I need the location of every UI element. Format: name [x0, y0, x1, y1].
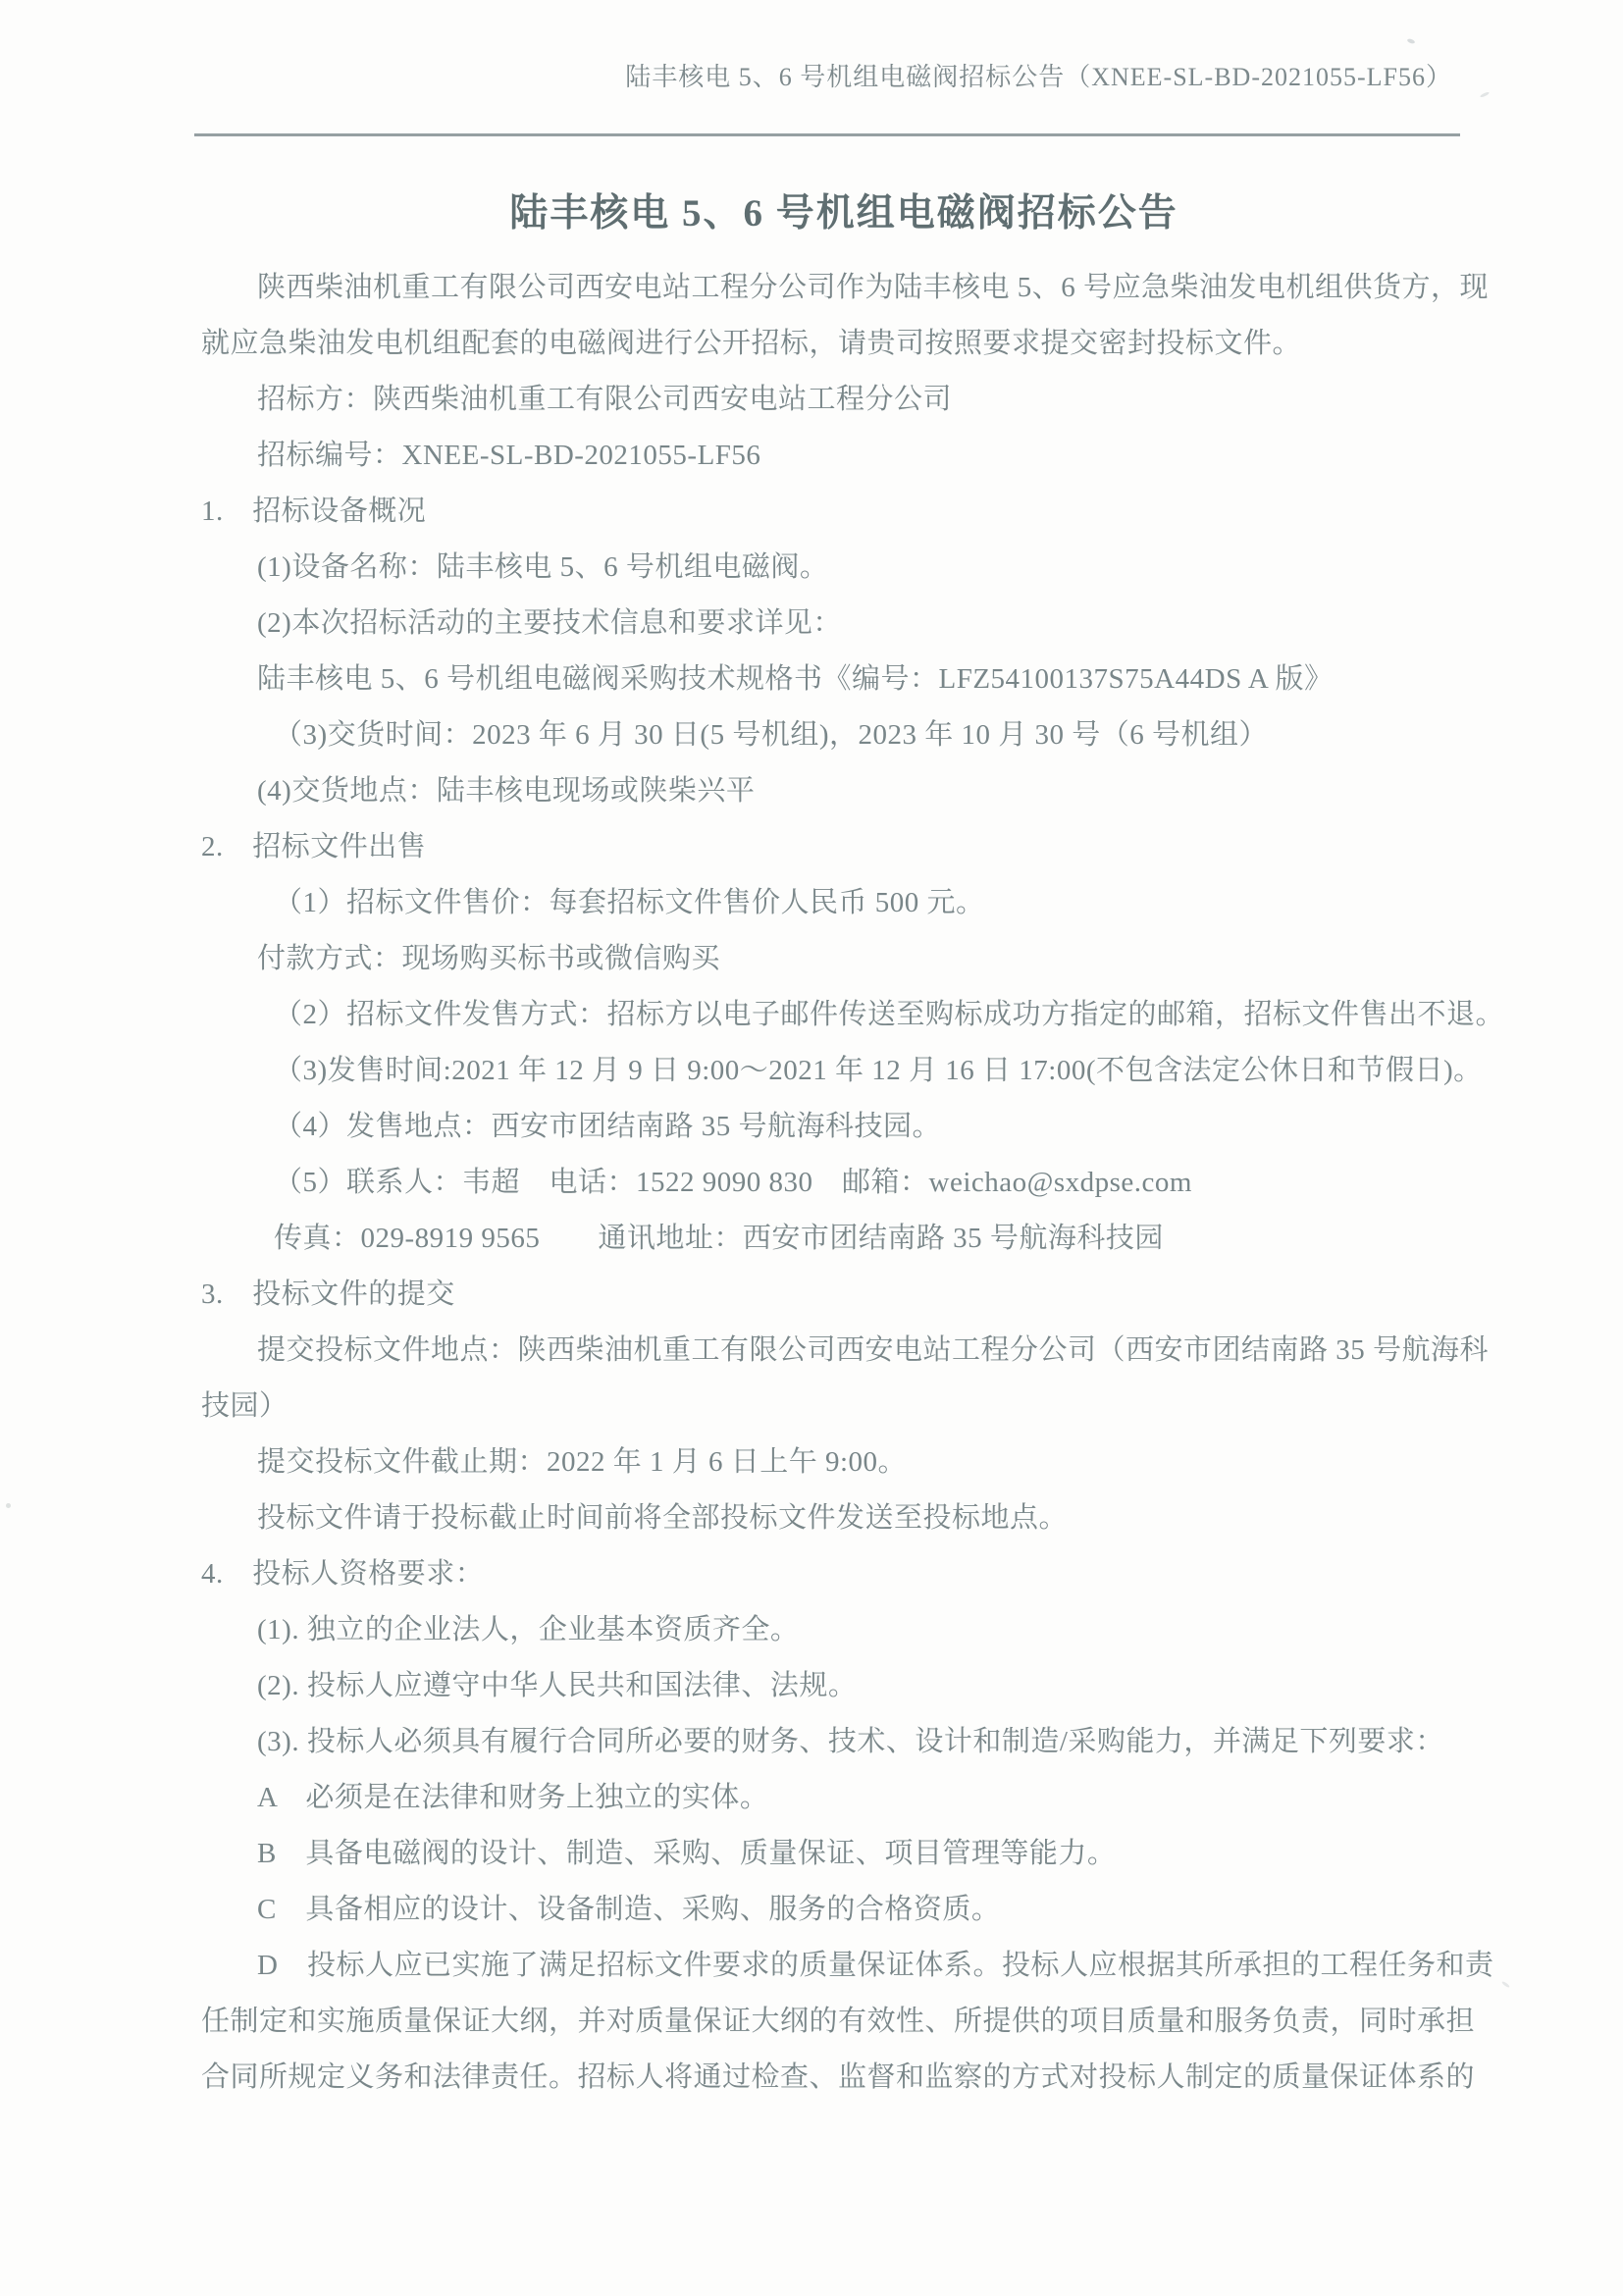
paragraph-line: (4)交货地点：陆丰核电现场或陕柴兴平: [257, 763, 1492, 819]
paragraph-line: （1）招标文件售价：每套招标文件售价人民币 500 元。: [274, 875, 1492, 931]
paragraph-line: 任制定和实施质量保证大纲，并对质量保证大纲的有效性、所提供的项目质量和服务负责，…: [201, 1994, 1492, 2050]
paragraph-line: 合同所规定义务和法律责任。招标人将通过检查、监督和监察的方式对投标人制定的质量保…: [201, 2050, 1492, 2106]
list-item: A 必须是在法律和财务上独立的实体。: [257, 1770, 1492, 1826]
paragraph-line: 招标方：陕西柴油机重工有限公司西安电站工程分公司: [257, 372, 1492, 428]
header-divider-rule: [194, 133, 1460, 136]
page-title: 陆丰核电 5、6 号机组电磁阀招标公告: [201, 183, 1487, 237]
paragraph-line: 提交投标文件地点：陕西柴油机重工有限公司西安电站工程分公司（西安市团结南路 35…: [257, 1323, 1492, 1379]
scan-artifact: [1501, 1981, 1510, 1989]
paragraph-line: （3)发售时间:2021 年 12 月 9 日 9:00～2021 年 12 月…: [274, 1043, 1492, 1099]
document-body: 陕西柴油机重工有限公司西安电站工程分公司作为陆丰核电 5、6 号应急柴油发电机组…: [201, 260, 1492, 2106]
scan-artifact: [1480, 91, 1490, 98]
paragraph-line: (1)设备名称：陆丰核电 5、6 号机组电磁阀。: [257, 540, 1492, 596]
list-item: (1). 独立的企业法人，企业基本资质齐全。: [257, 1602, 1492, 1658]
paragraph-line: （4）发售地点：西安市团结南路 35 号航海科技园。: [274, 1099, 1492, 1155]
section-heading: 1. 招标设备概况: [201, 484, 1492, 540]
paragraph-line: (2)本次招标活动的主要技术信息和要求详见：: [257, 596, 1492, 652]
paragraph-line: 招标编号：XNEE-SL-BD-2021055-LF56: [257, 428, 1492, 484]
paragraph-line: （3)交货时间：2023 年 6 月 30 日(5 号机组)，2023 年 10…: [274, 707, 1492, 763]
paragraph-line: 付款方式：现场购买标书或微信购买: [257, 931, 1492, 987]
contact-line: 传真：029-8919 9565 通讯地址：西安市团结南路 35 号航海科技园: [274, 1211, 1492, 1267]
list-item: B 具备电磁阀的设计、制造、采购、质量保证、项目管理等能力。: [257, 1826, 1492, 1882]
paragraph-line: 就应急柴油发电机组配套的电磁阀进行公开招标，请贵司按照要求提交密封投标文件。: [201, 316, 1492, 372]
scan-artifact: [1407, 38, 1416, 44]
scan-artifact: [6, 1503, 11, 1508]
paragraph-line: 技园）: [201, 1379, 1492, 1435]
list-item: (2). 投标人应遵守中华人民共和国法律、法规。: [257, 1658, 1492, 1714]
section-heading: 2. 招标文件出售: [201, 819, 1492, 875]
paragraph-line: 投标文件请于投标截止时间前将全部投标文件发送至投标地点。: [257, 1490, 1492, 1546]
contact-line: （5）联系人：韦超 电话：1522 9090 830 邮箱：weichao@sx…: [274, 1155, 1492, 1211]
running-header: 陆丰核电 5、6 号机组电磁阀招标公告（XNEE-SL-BD-2021055-L…: [201, 57, 1452, 93]
paragraph-line: 提交投标文件截止期：2022 年 1 月 6 日上午 9:00。: [257, 1435, 1492, 1490]
list-item: (3). 投标人必须具有履行合同所必要的财务、技术、设计和制造/采购能力，并满足…: [257, 1714, 1492, 1770]
paragraph-line: （2）招标文件发售方式：招标方以电子邮件传送至购标成功方指定的邮箱，招标文件售出…: [274, 987, 1492, 1043]
scanned-document-page: 陆丰核电 5、6 号机组电磁阀招标公告（XNEE-SL-BD-2021055-L…: [0, 0, 1623, 2296]
paragraph-line: 陆丰核电 5、6 号机组电磁阀采购技术规格书《编号：LFZ54100137S75…: [257, 652, 1492, 707]
list-item: C 具备相应的设计、设备制造、采购、服务的合格资质。: [257, 1882, 1492, 1938]
list-item: D 投标人应已实施了满足招标文件要求的质量保证体系。投标人应根据其所承担的工程任…: [257, 1938, 1492, 1994]
section-heading: 3. 投标文件的提交: [201, 1267, 1492, 1323]
paragraph-line: 陕西柴油机重工有限公司西安电站工程分公司作为陆丰核电 5、6 号应急柴油发电机组…: [257, 260, 1492, 316]
section-heading: 4. 投标人资格要求：: [201, 1546, 1492, 1602]
